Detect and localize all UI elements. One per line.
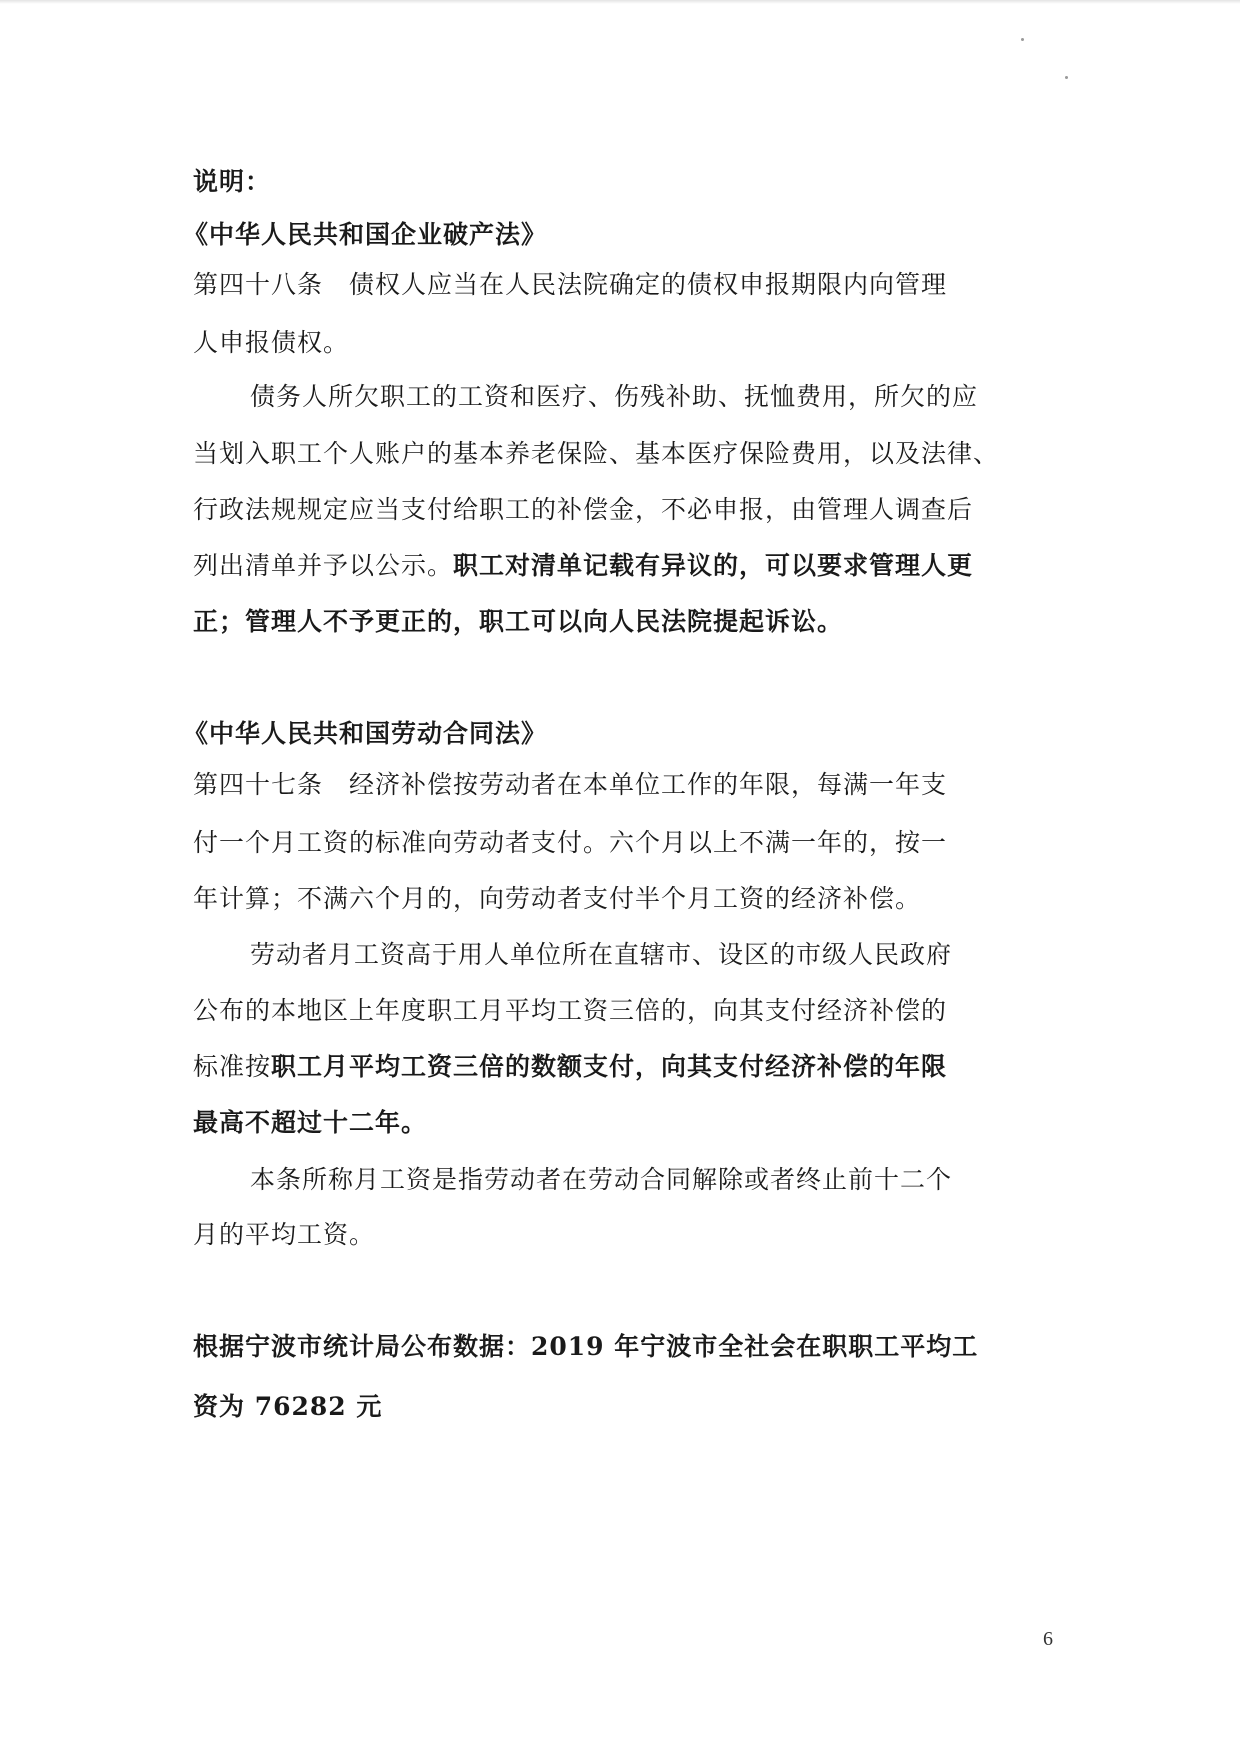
bold-text-segment: 正；管理人不予更正的，职工可以向人民法院提起诉讼。	[193, 607, 843, 636]
text-segment: 劳动者月工资高于用人单位所在直辖市、设区的市级人民政府	[250, 940, 952, 969]
article-48-para2-line-2: 当划入职工个人账户的基本养老保险、基本医疗保险费用，以及法律、	[193, 437, 999, 471]
text-segment: 列出清单并予以公示。	[193, 551, 453, 580]
article-48-para2-line-1: 债务人所欠职工的工资和医疗、伤残补助、抚恤费用，所欠的应	[250, 380, 978, 414]
section-title: 《中华人民共和国企业破产法》	[183, 218, 547, 252]
note-line-1: 根据宁波市统计局公布数据：2019 年宁波市全社会在职职工平均工	[193, 1330, 978, 1364]
page-number: 6	[1043, 1628, 1053, 1651]
bold-text-segment: 职工对清单记载有异议的，可以要求管理人更	[453, 551, 973, 580]
article-48-para2-line-3: 行政法规规定应当支付给职工的补偿金，不必申报，由管理人调查后	[193, 493, 973, 527]
article-48-line-1: 第四十八条 债权人应当在人民法院确定的债权申报期限内向管理	[193, 268, 947, 302]
text-segment: 人申报债权。	[193, 328, 349, 357]
article-48-line-2: 人申报债权。	[193, 326, 349, 360]
article-47-para3-line-1: 本条所称月工资是指劳动者在劳动合同解除或者终止前十二个	[250, 1163, 952, 1197]
text-segment: 行政法规规定应当支付给职工的补偿金，不必申报，由管理人调查后	[193, 495, 973, 524]
text-segment: 第四十七条 经济补偿按劳动者在本单位工作的年限，每满一年支	[193, 770, 947, 799]
article-47-para3-line-2: 月的平均工资。	[193, 1218, 375, 1252]
page-top-edge	[0, 0, 1240, 4]
section-title: 《中华人民共和国劳动合同法》	[183, 717, 547, 751]
scan-artifact	[1021, 38, 1024, 41]
scan-artifact	[1065, 76, 1068, 79]
article-47-line-1: 第四十七条 经济补偿按劳动者在本单位工作的年限，每满一年支	[193, 768, 947, 802]
article-47-para2-line-2: 公布的本地区上年度职工月平均工资三倍的，向其支付经济补偿的	[193, 994, 947, 1028]
article-47-line-3: 年计算；不满六个月的，向劳动者支付半个月工资的经济补偿。	[193, 882, 921, 916]
note-line-2: 资为 76282 元	[193, 1390, 382, 1424]
text-segment: 第四十八条 债权人应当在人民法院确定的债权申报期限内向管理	[193, 270, 947, 299]
bold-text-segment: 最高不超过十二年。	[193, 1108, 427, 1137]
text-segment: 债务人所欠职工的工资和医疗、伤残补助、抚恤费用，所欠的应	[250, 382, 978, 411]
article-48-para2-line-4: 列出清单并予以公示。职工对清单记载有异议的，可以要求管理人更	[193, 549, 973, 583]
text-segment: 付一个月工资的标准向劳动者支付。六个月以上不满一年的，按一	[193, 828, 947, 857]
text-segment: 标准按	[193, 1052, 271, 1081]
text-segment: 年计算；不满六个月的，向劳动者支付半个月工资的经济补偿。	[193, 884, 921, 913]
article-47-para2-line-1: 劳动者月工资高于用人单位所在直辖市、设区的市级人民政府	[250, 938, 952, 972]
article-47-line-2: 付一个月工资的标准向劳动者支付。六个月以上不满一年的，按一	[193, 826, 947, 860]
explanation-label: 说明：	[193, 165, 271, 199]
article-47-para2-line-3: 标准按职工月平均工资三倍的数额支付，向其支付经济补偿的年限	[193, 1050, 947, 1084]
text-segment: 月的平均工资。	[193, 1220, 375, 1249]
bold-text-segment: 职工月平均工资三倍的数额支付，向其支付经济补偿的年限	[271, 1052, 947, 1081]
text-segment: 本条所称月工资是指劳动者在劳动合同解除或者终止前十二个	[250, 1165, 952, 1194]
article-47-para2-line-4: 最高不超过十二年。	[193, 1106, 427, 1140]
text-segment: 公布的本地区上年度职工月平均工资三倍的，向其支付经济补偿的	[193, 996, 947, 1025]
article-48-para2-line-5: 正；管理人不予更正的，职工可以向人民法院提起诉讼。	[193, 605, 843, 639]
text-segment: 当划入职工个人账户的基本养老保险、基本医疗保险费用，以及法律、	[193, 439, 999, 468]
